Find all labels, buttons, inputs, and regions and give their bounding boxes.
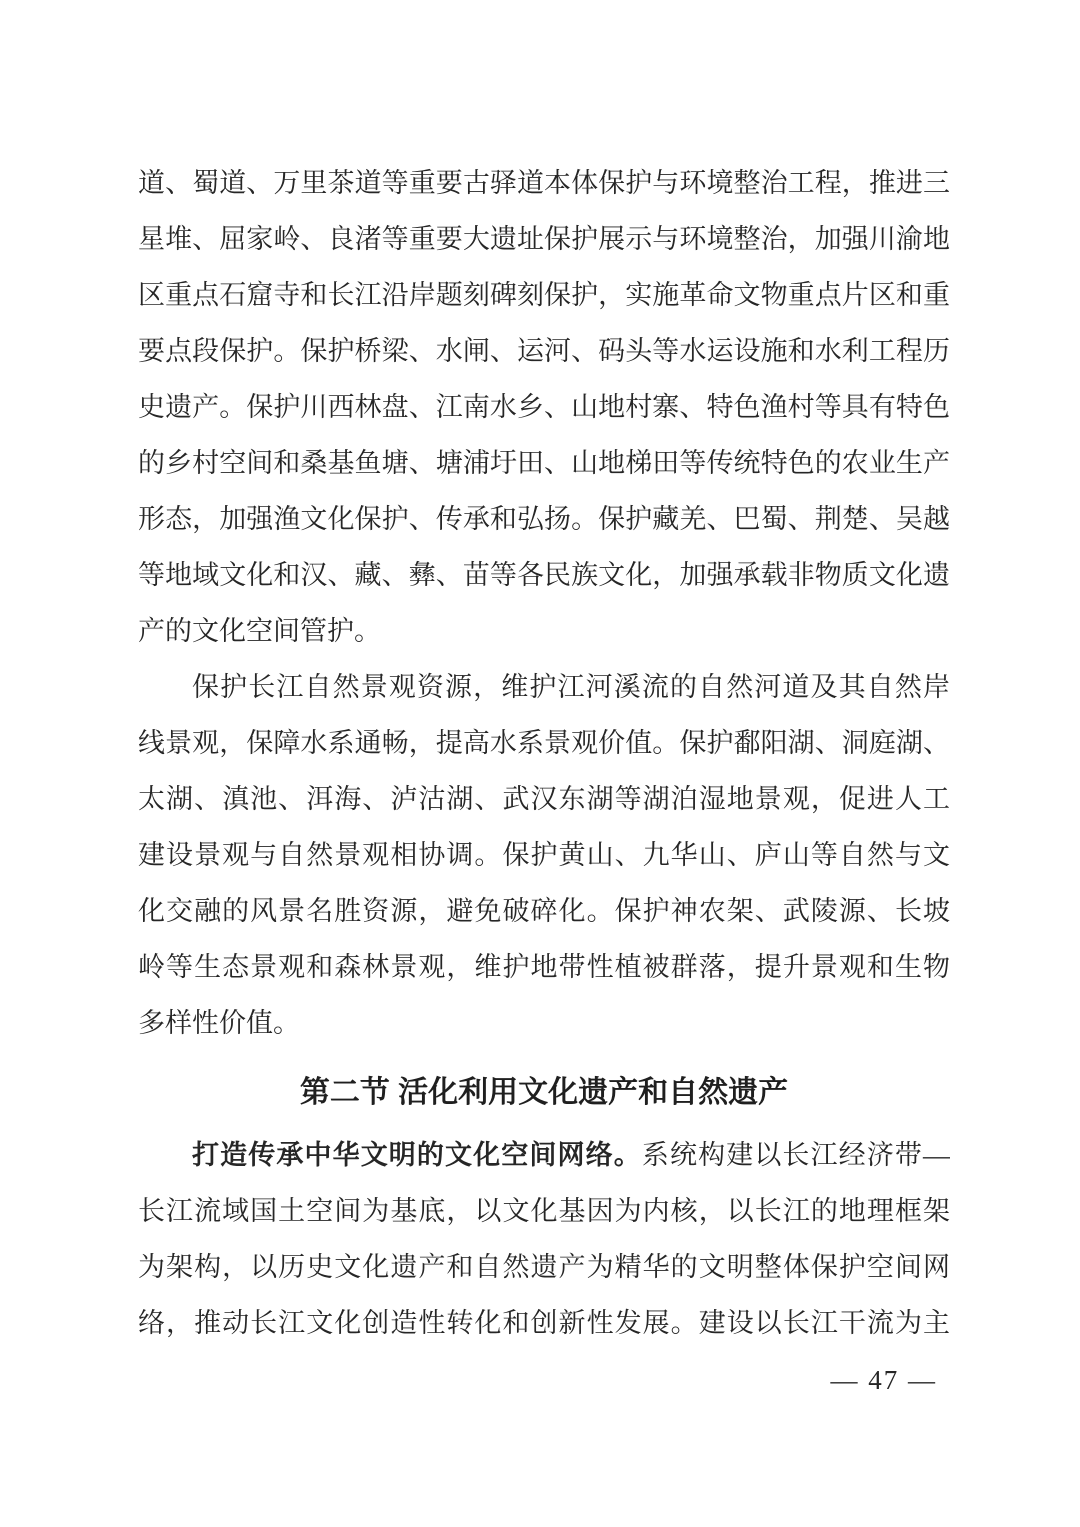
text-line: 打造传承中华文明的文化空间网络。系统构建以长江经济带— — [138, 1127, 950, 1183]
text-line: 等地域文化和汉、藏、彝、苗等各民族文化，加强承载非物质文化遗 — [138, 547, 950, 603]
paragraph-3: 打造传承中华文明的文化空间网络。系统构建以长江经济带— 长江流域国土空间为基底，… — [138, 1127, 950, 1351]
text-line: 太湖、滇池、洱海、泸沽湖、武汉东湖等湖泊湿地景观，促进人工 — [138, 771, 950, 827]
text-line: 长江流域国土空间为基底，以文化基因为内核，以长江的地理框架 — [138, 1183, 950, 1239]
page-number: — 47 — — [831, 1364, 938, 1396]
text-line: 星堆、屈家岭、良渚等重要大遗址保护展示与环境整治，加强川渝地 — [138, 211, 950, 267]
text-line: 建设景观与自然景观相协调。保护黄山、九华山、庐山等自然与文 — [138, 827, 950, 883]
text-line: 线景观，保障水系通畅，提高水系景观价值。保护鄱阳湖、洞庭湖、 — [138, 715, 950, 771]
text-line: 为架构，以历史文化遗产和自然遗产为精华的文明整体保护空间网 — [138, 1239, 950, 1295]
text-line: 区重点石窟寺和长江沿岸题刻碑刻保护，实施革命文物重点片区和重 — [138, 267, 950, 323]
text-line: 络，推动长江文化创造性转化和创新性发展。建设以长江干流为主 — [138, 1295, 950, 1351]
paragraph-lead-emphasis: 打造传承中华文明的文化空间网络。 — [192, 1140, 642, 1170]
paragraph-1: 道、蜀道、万里茶道等重要古驿道本体保护与环境整治工程，推进三 星堆、屈家岭、良渚… — [138, 155, 950, 659]
document-page: 道、蜀道、万里茶道等重要古驿道本体保护与环境整治工程，推进三 星堆、屈家岭、良渚… — [0, 0, 1080, 1527]
text-line: 道、蜀道、万里茶道等重要古驿道本体保护与环境整治工程，推进三 — [138, 155, 950, 211]
document-body: 道、蜀道、万里茶道等重要古驿道本体保护与环境整治工程，推进三 星堆、屈家岭、良渚… — [138, 155, 950, 1351]
text-line: 产的文化空间管护。 — [138, 603, 950, 659]
text-line: 岭等生态景观和森林景观，维护地带性植被群落，提升景观和生物 — [138, 939, 950, 995]
text-run: 系统构建以长江经济带— — [642, 1140, 950, 1170]
text-line: 形态，加强渔文化保护、传承和弘扬。保护藏羌、巴蜀、荆楚、吴越 — [138, 491, 950, 547]
text-line: 多样性价值。 — [138, 995, 950, 1051]
section-heading: 第二节 活化利用文化遗产和自然遗产 — [138, 1065, 950, 1121]
paragraph-2: 保护长江自然景观资源，维护江河溪流的自然河道及其自然岸 线景观，保障水系通畅，提… — [138, 659, 950, 1051]
text-line: 的乡村空间和桑基鱼塘、塘浦圩田、山地梯田等传统特色的农业生产 — [138, 435, 950, 491]
text-line: 要点段保护。保护桥梁、水闸、运河、码头等水运设施和水利工程历 — [138, 323, 950, 379]
text-line: 保护长江自然景观资源，维护江河溪流的自然河道及其自然岸 — [138, 659, 950, 715]
text-line: 史遗产。保护川西林盘、江南水乡、山地村寨、特色渔村等具有特色 — [138, 379, 950, 435]
text-line: 化交融的风景名胜资源，避免破碎化。保护神农架、武陵源、长坡 — [138, 883, 950, 939]
